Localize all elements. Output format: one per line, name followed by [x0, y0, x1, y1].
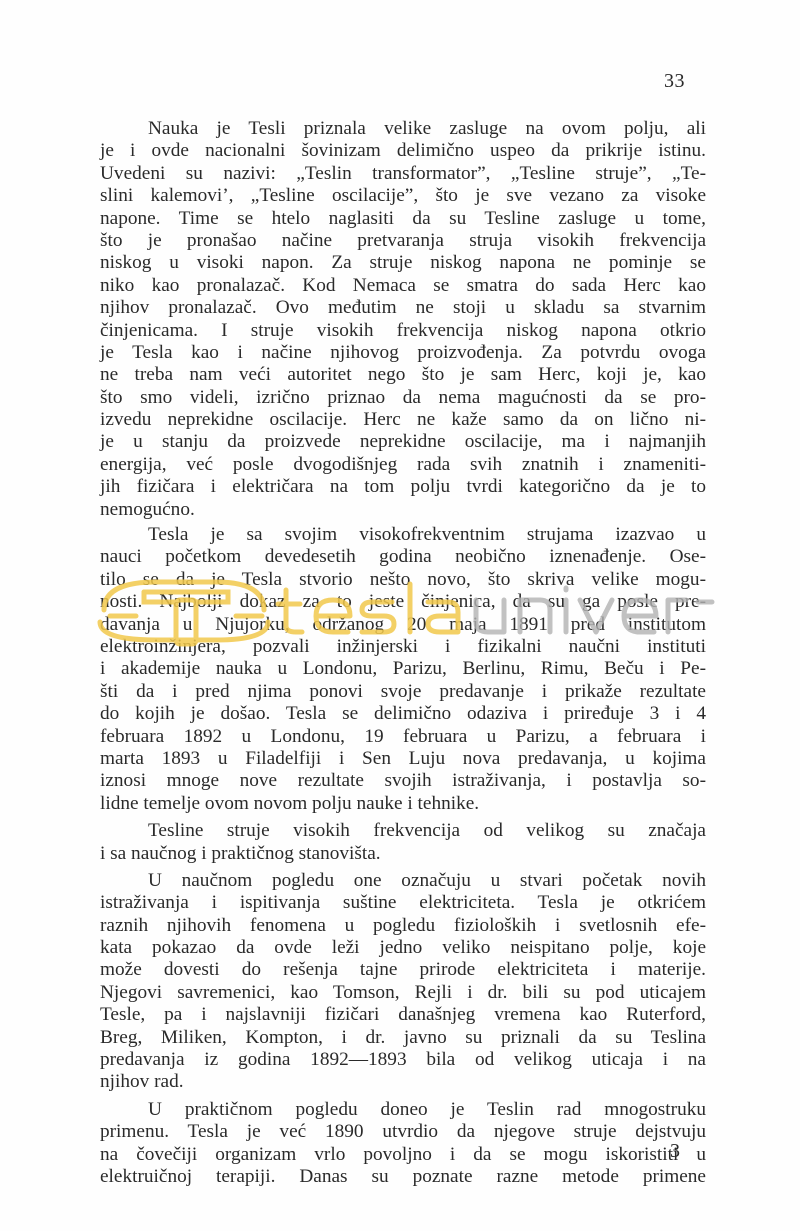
- text-line: primenu. Tesla je već 1890 utvrdio da nj…: [100, 1121, 706, 1143]
- text-line: elektroinžinjera, pozvali inžinjerski i …: [100, 636, 706, 658]
- text-line: predavanja iz godina 1892—1893 bila od v…: [100, 1049, 706, 1071]
- text-line: nauci početkom devedesetih godina neobič…: [100, 546, 706, 568]
- text-line: Tesline struje visokih frekvencija od ve…: [100, 820, 706, 842]
- text-line: nosti. Najbolji dokaz za to jeste činjen…: [100, 591, 706, 613]
- text-line: Tesla je sa svojim visokofrekventnim str…: [100, 524, 706, 546]
- text-line: njihov pronalazač. Ovo međutim ne stoji …: [100, 297, 706, 319]
- text-line: njihov rad.: [100, 1071, 706, 1093]
- text-line: može dovesti do rešenja tajne prirode el…: [100, 959, 706, 981]
- page-number-top: 33: [664, 70, 685, 93]
- text-line: davanja u Njujorku, održanog 20 maja 189…: [100, 614, 706, 636]
- text-line: je Tesla kao i načine njihovog proizvođe…: [100, 342, 706, 364]
- text-line: što smo videli, izrično priznao da nema …: [100, 387, 706, 409]
- text-line: tilo se da je Tesla stvorio nešto novo, …: [100, 569, 706, 591]
- text-line: na čovečiji organizam vrlo povoljno i da…: [100, 1144, 706, 1166]
- text-line: kata pokazao da ovde leži jedno veliko n…: [100, 937, 706, 959]
- text-line: je u stanju da proizvede neprekidne osci…: [100, 431, 706, 453]
- page-number-bottom: 3: [670, 1140, 680, 1163]
- text-line: Tesle, pa i najslavniji fizičari današnj…: [100, 1004, 706, 1026]
- text-line: izvedu neprekidne oscilacije. Herc ne ka…: [100, 409, 706, 431]
- document-page: 33 Nauka je Tesli priznala velike zaslug…: [0, 0, 800, 1231]
- text-line: jih fizičara i električara na tom polju …: [100, 476, 706, 498]
- text-line: februara 1892 u Londonu, 19 februara u P…: [100, 726, 706, 748]
- text-line: niko kao pronalazač. Kod Nemaca se smatr…: [100, 275, 706, 297]
- text-line: lidne temelje ovom novom polju nauke i t…: [100, 793, 706, 815]
- paragraph-5: U praktičnom pogledu doneo je Teslin rad…: [100, 1099, 706, 1189]
- paragraph-1: Nauka je Tesli priznala velike zasluge n…: [100, 118, 706, 521]
- text-line: marta 1893 u Filadelfiji i Sen Luju nova…: [100, 748, 706, 770]
- text-line: i akademije nauka u Londonu, Parizu, Ber…: [100, 658, 706, 680]
- text-line: ne treba nam veći autoritet nego što je …: [100, 364, 706, 386]
- text-line: šti da i pred njima ponovi svoje predava…: [100, 681, 706, 703]
- body-text: Nauka je Tesli priznala velike zasluge n…: [100, 118, 706, 1188]
- paragraph-2: Tesla je sa svojim visokofrekventnim str…: [100, 524, 706, 815]
- text-line: energija, već posle dvogodišnjeg rada sv…: [100, 454, 706, 476]
- text-line: raznih njihovih fenomena u pogledu fizio…: [100, 915, 706, 937]
- text-line: Njegovi savremenici, kao Tomson, Rejli i…: [100, 982, 706, 1004]
- text-line: i sa naučnog i praktičnog stanovišta.: [100, 843, 706, 865]
- text-line: U naučnom pogledu one označuju u stvari …: [100, 870, 706, 892]
- text-line: U praktičnom pogledu doneo je Teslin rad…: [100, 1099, 706, 1121]
- text-line: napone. Time se htelo naglasiti da su Te…: [100, 208, 706, 230]
- text-line: iznosi mnoge nove rezultate svojih istra…: [100, 770, 706, 792]
- paragraph-4: U naučnom pogledu one označuju u stvari …: [100, 870, 706, 1094]
- text-line: Uvedeni su nazivi: „Teslin transformator…: [100, 163, 706, 185]
- text-line: istraživanja i ispitivanja suštine elekt…: [100, 892, 706, 914]
- text-line: činjenicama. I struje visokih frekvencij…: [100, 320, 706, 342]
- text-line: niskog u visoki napon. Za struje niskog …: [100, 252, 706, 274]
- paragraph-3: Tesline struje visokih frekvencija od ve…: [100, 820, 706, 865]
- text-line: je i ovde nacionalni šovinizam delimično…: [100, 140, 706, 162]
- text-line: do kojih je došao. Tesla se delimično od…: [100, 703, 706, 725]
- text-line: nemogućno.: [100, 499, 706, 521]
- text-line: elektruičnoj terapiji. Danas su poznate …: [100, 1166, 706, 1188]
- text-line: slini kalemovi’, „Tesline oscilacije”, š…: [100, 185, 706, 207]
- text-line: što je pronašao načine pretvaranja struj…: [100, 230, 706, 252]
- text-line: Nauka je Tesli priznala velike zasluge n…: [100, 118, 706, 140]
- text-line: Breg, Miliken, Kompton, i dr. javno su p…: [100, 1027, 706, 1049]
